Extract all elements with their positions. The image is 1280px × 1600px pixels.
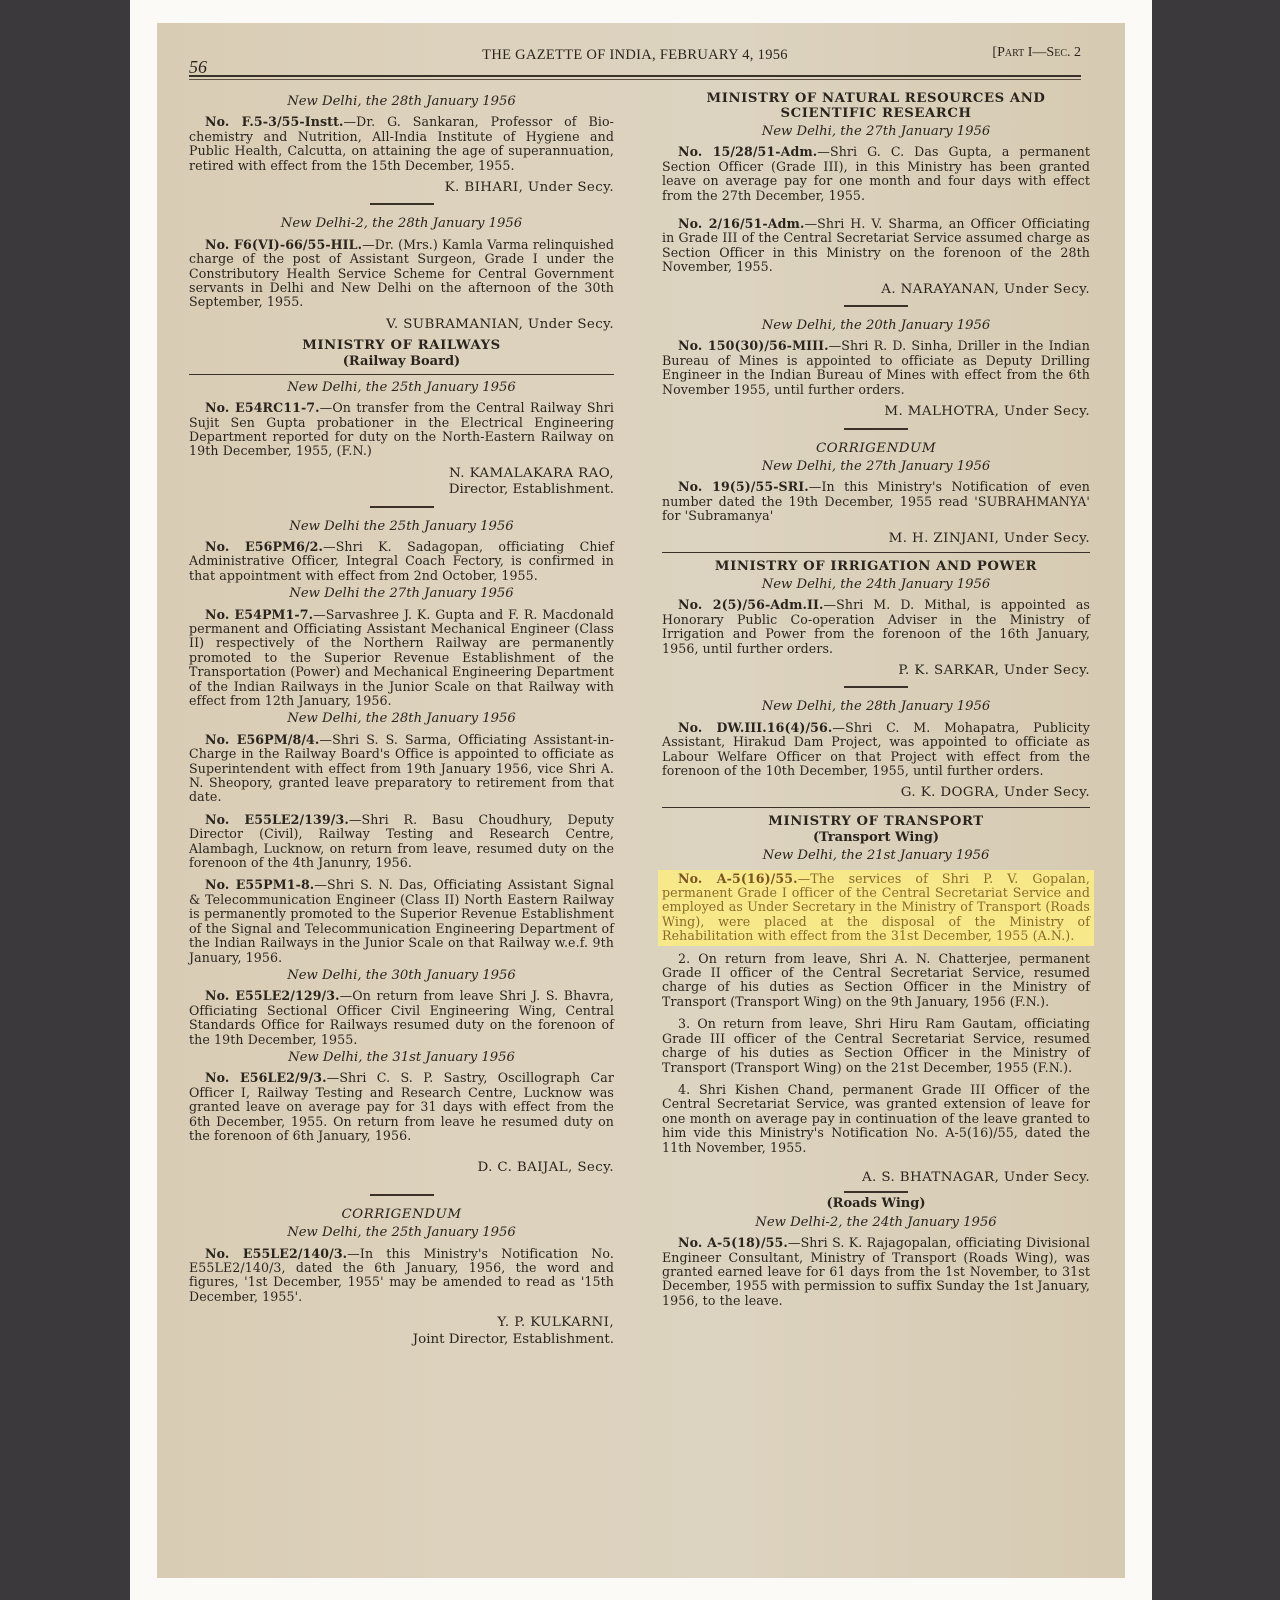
signatory: Y. P. KULKARNI, bbox=[189, 1316, 614, 1330]
notification: No. E55LE2/129/3.—On return from leave S… bbox=[189, 989, 614, 1047]
signatory-title: Joint Director, Establishment. bbox=[189, 1333, 614, 1347]
notification: No. 15/28/51-Adm.—Shri G. C. Das Gupta, … bbox=[662, 145, 1090, 203]
section-rule bbox=[189, 374, 614, 375]
notification-ref: No. E56PM/8/4. bbox=[205, 732, 319, 747]
signatory: M. H. ZINJANI, Under Secy. bbox=[662, 532, 1090, 546]
divider bbox=[844, 1191, 908, 1193]
ministry-heading: MINISTRY OF RAILWAYS bbox=[189, 338, 614, 353]
signatory: K. BIHARI, Under Secy. bbox=[189, 181, 614, 195]
divider bbox=[370, 203, 434, 205]
notification: No. E54RC11-7.—On transfer from the Cent… bbox=[189, 401, 614, 459]
header-rule-thin bbox=[189, 79, 1081, 80]
notification-ref: No. E56PM6/2. bbox=[205, 539, 323, 554]
notification-date: New Delhi, the 24th January 1956 bbox=[662, 578, 1090, 592]
signatory: M. MALHOTRA, Under Secy. bbox=[662, 405, 1090, 419]
notification-ref: No. E55LE2/139/3. bbox=[205, 812, 349, 827]
notification-ref: No. F6(VI)-66/55-HIL. bbox=[205, 237, 362, 252]
notification-ref: No. 2/16/51-Adm. bbox=[678, 216, 804, 231]
signatory: N. KAMALAKARA RAO, bbox=[189, 467, 614, 481]
signatory-title: Director, Establishment. bbox=[189, 483, 614, 497]
notification: No. E55LE2/139/3.—Shri R. Basu Choudhury… bbox=[189, 813, 614, 871]
notification-ref: No. DW.III.16(4)/56. bbox=[678, 720, 832, 735]
corrigendum-heading: CORRIGENDUM bbox=[189, 1208, 614, 1222]
highlighted-notification: No. A-5(16)/55.—The services of Shri P. … bbox=[658, 870, 1094, 946]
gazette-page-scan: 56 THE GAZETTE OF INDIA, FEBRUARY 4, 195… bbox=[157, 23, 1125, 1578]
notification-date: New Delhi, the 27th January 1956 bbox=[662, 460, 1090, 474]
notification: No. 2/16/51-Adm.—Shri H. V. Sharma, an O… bbox=[662, 217, 1090, 275]
notification-date: New Delhi the 25th January 1956 bbox=[189, 520, 614, 534]
signatory: V. SUBRAMANIAN, Under Secy. bbox=[189, 318, 614, 332]
notification: No. E55PM1-8.—Shri S. N. Das, Officiatin… bbox=[189, 878, 614, 964]
signatory: D. C. BAIJAL, Secy. bbox=[189, 1161, 614, 1175]
notification-ref: No. 150(30)/56-MIII. bbox=[678, 338, 829, 353]
signatory: A. NARAYANAN, Under Secy. bbox=[662, 283, 1090, 297]
notification-ref: No. A-5(16)/55. bbox=[678, 871, 798, 886]
notification-ref: No. 15/28/51-Adm. bbox=[678, 144, 817, 159]
notification-ref: No. E55PM1-8. bbox=[205, 877, 314, 892]
divider bbox=[844, 686, 908, 688]
divider bbox=[370, 506, 434, 508]
paragraph: 3. On return from leave, Shri Hiru Ram G… bbox=[662, 1017, 1090, 1075]
notification-ref: No. A-5(18)/55. bbox=[678, 1235, 788, 1250]
notification: No. 2(5)/56-Adm.II.—Shri M. D. Mithal, i… bbox=[662, 598, 1090, 656]
notification: No. E55LE2/140/3.—In this Ministry's Not… bbox=[189, 1247, 614, 1305]
ministry-subheading: (Railway Board) bbox=[189, 355, 614, 369]
notification-date: New Delhi, the 25th January 1956 bbox=[189, 381, 614, 395]
notification-date: New Delhi, the 20th January 1956 bbox=[662, 319, 1090, 333]
notification-ref: No. 2(5)/56-Adm.II. bbox=[678, 597, 823, 612]
notification-text: —Sarvashree J. K. Gupta and F. R. Macdon… bbox=[189, 607, 614, 708]
ministry-subheading: (Roads Wing) bbox=[662, 1197, 1090, 1211]
notification-ref: No. E54PM1-7. bbox=[205, 607, 313, 622]
notification: No. F6(VI)-66/55-HIL.—Dr. (Mrs.) Kamla V… bbox=[189, 238, 614, 310]
corrigendum-heading: CORRIGENDUM bbox=[662, 442, 1090, 456]
notification-date: New Delhi, the 31st January 1956 bbox=[189, 1051, 614, 1065]
notification-ref: No. F.5-3/55-Instt. bbox=[205, 114, 343, 129]
signatory: G. K. DOGRA, Under Secy. bbox=[662, 786, 1090, 800]
ministry-subheading: (Transport Wing) bbox=[662, 831, 1090, 845]
ministry-heading: MINISTRY OF NATURAL RESOURCES AND SCIENT… bbox=[662, 91, 1090, 121]
notification: No. 150(30)/56-MIII.—Shri R. D. Sinha, D… bbox=[662, 339, 1090, 397]
signatory: A. S. BHATNAGAR, Under Secy. bbox=[662, 1171, 1090, 1185]
notification: No. F.5-3/55-Instt.—Dr. G. Sankaran, Pro… bbox=[189, 115, 614, 173]
notification-date: New Delhi, the 25th January 1956 bbox=[189, 1226, 614, 1240]
notification: No. DW.III.16(4)/56.—Shri C. M. Mohapatr… bbox=[662, 721, 1090, 779]
notification: No. A-5(18)/55.—Shri S. K. Rajagopalan, … bbox=[662, 1236, 1090, 1308]
notification-date: New Delhi, the 27th January 1956 bbox=[662, 125, 1090, 139]
notification-ref: No. E55LE2/129/3. bbox=[205, 988, 340, 1003]
signatory: P. K. SARKAR, Under Secy. bbox=[662, 664, 1090, 678]
notification-ref: No. E54RC11-7. bbox=[205, 400, 320, 415]
notification-date: New Delhi, the 28th January 1956 bbox=[662, 700, 1090, 714]
section-rule bbox=[662, 552, 1090, 553]
notification: No. E54PM1-7.—Sarvashree J. K. Gupta and… bbox=[189, 608, 614, 709]
notification: No. E56PM/8/4.—Shri S. S. Sarma, Officia… bbox=[189, 733, 614, 805]
divider bbox=[844, 428, 908, 430]
header-rule bbox=[189, 75, 1081, 77]
notification-ref: No. 19(5)/55-SRI. bbox=[678, 479, 809, 494]
page-header: 56 THE GAZETTE OF INDIA, FEBRUARY 4, 195… bbox=[189, 43, 1081, 73]
notification-date: New Delhi, the 21st January 1956 bbox=[662, 849, 1090, 863]
section-rule bbox=[662, 807, 1090, 808]
notification-ref: No. E55LE2/140/3. bbox=[205, 1246, 347, 1261]
notification-ref: No. E56LE2/9/3. bbox=[205, 1070, 327, 1085]
ministry-heading: MINISTRY OF TRANSPORT bbox=[662, 814, 1090, 829]
notification-date: New Delhi, the 30th January 1956 bbox=[189, 969, 614, 983]
notification-date: New Delhi the 27th January 1956 bbox=[189, 587, 614, 601]
notification-date: New Delhi, the 28th January 1956 bbox=[189, 712, 614, 726]
notification-date: New Delhi, the 28th January 1956 bbox=[189, 95, 614, 109]
notification-date: New Delhi-2, the 24th January 1956 bbox=[662, 1216, 1090, 1230]
ministry-heading: MINISTRY OF IRRIGATION AND POWER bbox=[662, 559, 1090, 574]
notification: No. E56LE2/9/3.—Shri C. S. P. Sastry, Os… bbox=[189, 1071, 614, 1143]
right-column: MINISTRY OF NATURAL RESOURCES AND SCIENT… bbox=[662, 91, 1090, 1312]
divider bbox=[844, 305, 908, 307]
notification-date: New Delhi-2, the 28th January 1956 bbox=[189, 217, 614, 231]
left-column: New Delhi, the 28th January 1956 No. F.5… bbox=[189, 91, 614, 1355]
divider bbox=[370, 1194, 434, 1196]
paragraph: 4. Shri Kishen Chand, permanent Grade II… bbox=[662, 1083, 1090, 1155]
gazette-title: THE GAZETTE OF INDIA, FEBRUARY 4, 1956 bbox=[189, 47, 1081, 64]
notification: No. E56PM6/2.—Shri K. Sadagopan, officia… bbox=[189, 540, 614, 583]
notification: No. 19(5)/55-SRI.—In this Ministry's Not… bbox=[662, 480, 1090, 523]
paragraph: 2. On return from leave, Shri A. N. Chat… bbox=[662, 952, 1090, 1010]
part-section: [Part I—Sec. 2 bbox=[992, 45, 1081, 61]
